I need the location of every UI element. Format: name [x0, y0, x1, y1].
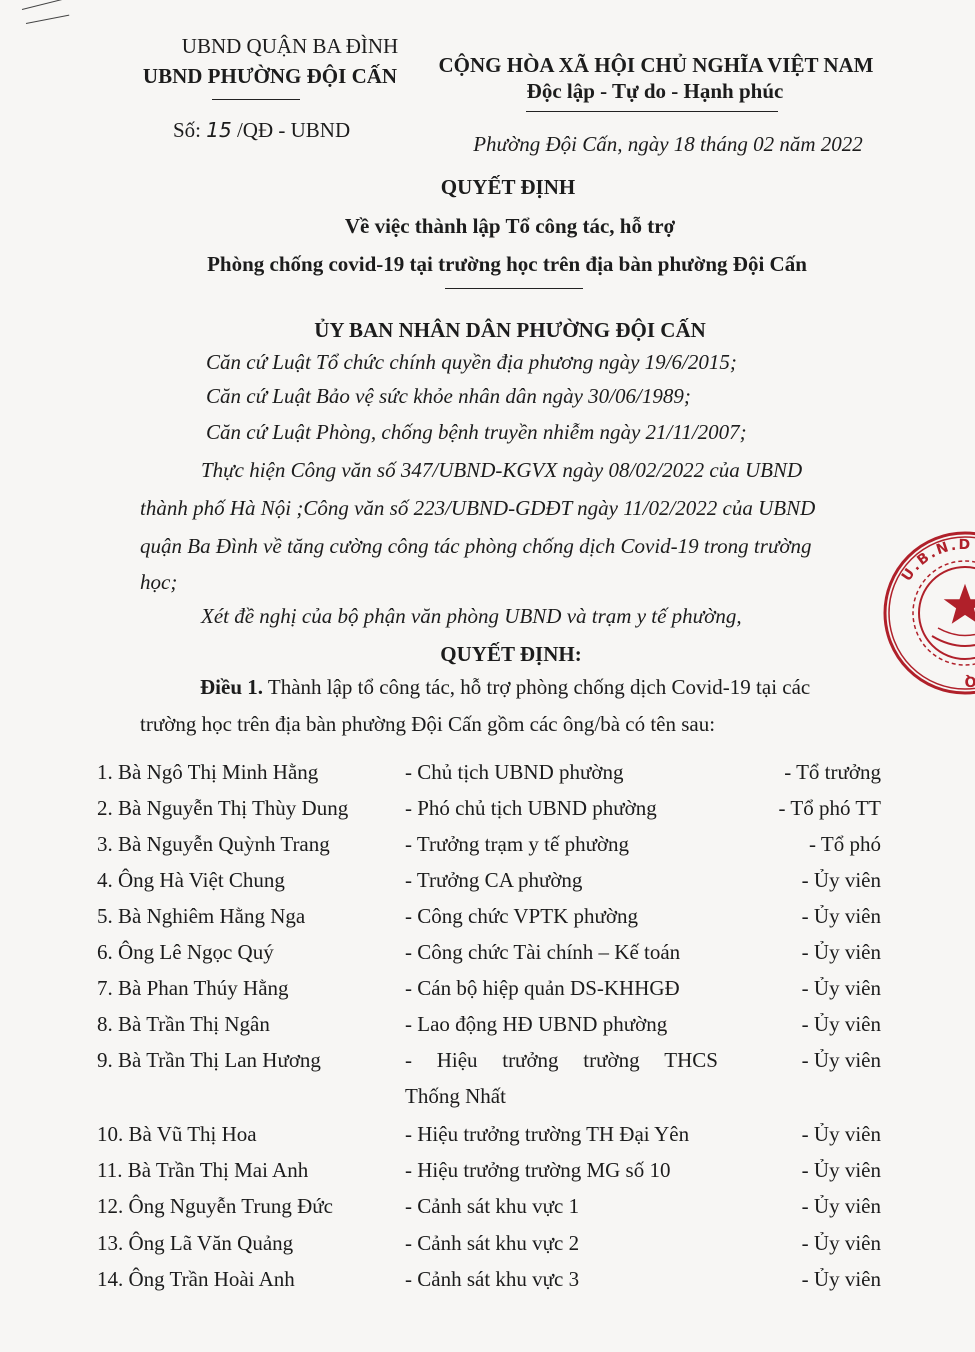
member-row: 11. Bà Trần Thị Mai Anh- Hiệu trưởng trư… [0, 1158, 975, 1192]
member-position-word: - [405, 1048, 412, 1073]
margin-mark [22, 0, 65, 10]
article-1-text: Thành lập tổ công tác, hỗ trợ phòng chốn… [263, 675, 810, 699]
legal-basis-3: Căn cứ Luật Phòng, chống bệnh truyền nhi… [206, 420, 747, 445]
member-position-word: THCS [664, 1048, 718, 1073]
header-left-rule [212, 99, 300, 100]
member-role: - Ủy viên [802, 1122, 881, 1147]
document-number-prefix: Số: [173, 118, 201, 142]
member-name: 6. Ông Lê Ngọc Quý [97, 940, 274, 965]
member-row: 4. Ông Hà Việt Chung- Trưởng CA phường- … [0, 868, 975, 902]
article-1-line2: trường học trên địa bàn phường Đội Cấn g… [140, 712, 715, 737]
member-row: 6. Ông Lê Ngọc Quý- Công chức Tài chính … [0, 940, 975, 974]
member-position: - Hiệu trưởng trường TH Đại Yên [405, 1122, 689, 1147]
member-row: 13. Ông Lã Văn Quảng- Cảnh sát khu vực 2… [0, 1231, 975, 1265]
member-role: - Ủy viên [802, 940, 881, 965]
member-position: - Cán bộ hiệp quản DS-KHHGĐ [405, 976, 680, 1001]
national-motto: Độc lập - Tự do - Hạnh phúc [527, 79, 784, 104]
member-position: - Công chức VPTK phường [405, 904, 638, 929]
member-name: 13. Ông Lã Văn Quảng [97, 1231, 293, 1256]
member-position: - Trưởng trạm y tế phường [405, 832, 629, 857]
member-position: - Cảnh sát khu vực 2 [405, 1231, 579, 1256]
member-row: 3. Bà Nguyễn Quỳnh Trang- Trưởng trạm y … [0, 832, 975, 866]
issuing-authority: ỦY BAN NHÂN DÂN PHƯỜNG ĐỘI CẤN [314, 318, 706, 343]
member-position-word: Hiệu [437, 1048, 478, 1073]
member-name: 11. Bà Trần Thị Mai Anh [97, 1158, 308, 1183]
member-role: - Tổ phó [809, 832, 881, 857]
document-page: UBND QUẬN BA ĐÌNH UBND PHƯỜNG ĐỘI CẤN Số… [0, 0, 975, 1352]
member-position: - Phó chủ tịch UBND phường [405, 796, 657, 821]
implementation-line2: thành phố Hà Nội ;Công văn số 223/UBND-G… [140, 496, 815, 521]
decision-subject-line2: Phòng chống covid-19 tại trường học trên… [207, 252, 807, 277]
legal-basis-1: Căn cứ Luật Tổ chức chính quyền địa phươ… [206, 350, 737, 375]
document-number-suffix: /QĐ - UBND [237, 118, 350, 142]
article-1-line1: Điều 1. Thành lập tổ công tác, hỗ trợ ph… [200, 675, 810, 700]
member-row: 9. Bà Trần Thị Lan Hương-Hiệutrưởngtrườn… [0, 1048, 975, 1082]
legal-basis-2: Căn cứ Luật Bảo vệ sức khỏe nhân dân ngà… [206, 384, 691, 409]
official-seal-icon: U.B.N.D PHƯỜNG ĐỘI CẤN Q [880, 528, 975, 698]
member-role: - Ủy viên [802, 1267, 881, 1292]
member-name: 3. Bà Nguyễn Quỳnh Trang [97, 832, 330, 857]
member-role: - Ủy viên [802, 1158, 881, 1183]
article-1-label: Điều 1. [200, 675, 263, 699]
implementation-line4: học; [140, 570, 177, 595]
member-name: 1. Bà Ngô Thị Minh Hằng [97, 760, 318, 785]
member-role: - Tổ trưởng [784, 760, 881, 785]
district-name: UBND QUẬN BA ĐÌNH [182, 34, 398, 59]
member-name: 14. Ông Trần Hoài Anh [97, 1267, 295, 1292]
member-row: 12. Ông Nguyễn Trung Đức- Cảnh sát khu v… [0, 1194, 975, 1228]
implementation-line1: Thực hiện Công văn số 347/UBND-KGVX ngày… [201, 458, 802, 483]
header-right-rule [526, 111, 778, 112]
member-row: 5. Bà Nghiêm Hằng Nga- Công chức VPTK ph… [0, 904, 975, 938]
member-row: 10. Bà Vũ Thị Hoa- Hiệu trưởng trường TH… [0, 1122, 975, 1156]
member-role: - Ủy viên [802, 904, 881, 929]
member-name: 10. Bà Vũ Thị Hoa [97, 1122, 257, 1147]
member-position: - Cảnh sát khu vực 3 [405, 1267, 579, 1292]
decision-heading: QUYẾT ĐỊNH: [440, 642, 581, 667]
country-name: CỘNG HÒA XÃ HỘI CHỦ NGHĨA VIỆT NAM [438, 53, 873, 78]
member-name: 9. Bà Trần Thị Lan Hương [97, 1048, 321, 1073]
member-position-continued: Thống Nhất [405, 1084, 506, 1109]
member-role: - Ủy viên [802, 1194, 881, 1219]
document-number: Số: 15 /QĐ - UBND [173, 118, 350, 143]
document-number-value: 15 [206, 118, 231, 142]
member-name: 4. Ông Hà Việt Chung [97, 868, 285, 893]
member-name: 12. Ông Nguyễn Trung Đức [97, 1194, 333, 1219]
decision-subject-line1: Về việc thành lập Tổ công tác, hỗ trợ [345, 214, 675, 239]
member-name: 7. Bà Phan Thúy Hằng [97, 976, 289, 1001]
ward-name: UBND PHƯỜNG ĐỘI CẤN [143, 64, 397, 89]
member-name: 2. Bà Nguyễn Thị Thùy Dung [97, 796, 348, 821]
implementation-line3: quận Ba Đình về tăng cường công tác phòn… [140, 534, 812, 559]
member-position: - Cảnh sát khu vực 1 [405, 1194, 579, 1219]
member-role: - Tổ phó TT [779, 796, 881, 821]
proposal-line: Xét đề nghị của bộ phận văn phòng UBND v… [201, 604, 742, 629]
member-row: 1. Bà Ngô Thị Minh Hằng- Chủ tịch UBND p… [0, 760, 975, 794]
member-row: 14. Ông Trần Hoài Anh- Cảnh sát khu vực … [0, 1267, 975, 1301]
place-date: Phường Đội Cấn, ngày 18 tháng 02 năm 202… [473, 132, 863, 157]
member-position: - Công chức Tài chính – Kế toán [405, 940, 680, 965]
margin-mark [26, 15, 69, 24]
member-role: - Ủy viên [802, 1012, 881, 1037]
member-name: 8. Bà Trần Thị Ngân [97, 1012, 270, 1037]
member-name: 5. Bà Nghiêm Hằng Nga [97, 904, 305, 929]
member-row: 2. Bà Nguyễn Thị Thùy Dung- Phó chủ tịch… [0, 796, 975, 830]
member-role: - Ủy viên [802, 976, 881, 1001]
member-role: - Ủy viên [802, 868, 881, 893]
member-row: 7. Bà Phan Thúy Hằng- Cán bộ hiệp quản D… [0, 976, 975, 1010]
member-position: - Chủ tịch UBND phường [405, 760, 623, 785]
member-role: - Ủy viên [802, 1048, 881, 1073]
member-position: -HiệutrưởngtrườngTHCS [405, 1048, 718, 1073]
member-row: 8. Bà Trần Thị Ngân- Lao động HĐ UBND ph… [0, 1012, 975, 1046]
member-position: - Lao động HĐ UBND phường [405, 1012, 667, 1037]
member-position-word: trường [583, 1048, 639, 1073]
member-role: - Ủy viên [802, 1231, 881, 1256]
decision-title: QUYẾT ĐỊNH [441, 175, 575, 200]
member-position: - Hiệu trưởng trường MG số 10 [405, 1158, 670, 1183]
member-position-word: trưởng [502, 1048, 558, 1073]
member-position: - Trưởng CA phường [405, 868, 582, 893]
title-rule [445, 288, 583, 289]
